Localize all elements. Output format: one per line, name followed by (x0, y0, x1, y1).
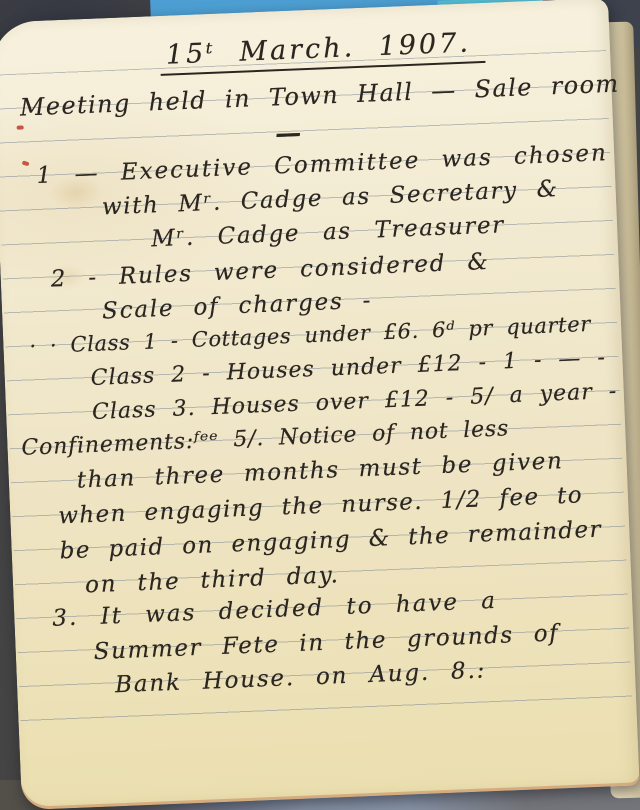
photograph-background: 15ᵗ March. 1907. Meeting held in Town Ha… (0, 0, 640, 810)
notebook-page: 15ᵗ March. 1907. Meeting held in Town Ha… (0, 0, 640, 810)
heading-separator-dash: — (275, 118, 303, 149)
red-ink-mark (17, 125, 24, 129)
